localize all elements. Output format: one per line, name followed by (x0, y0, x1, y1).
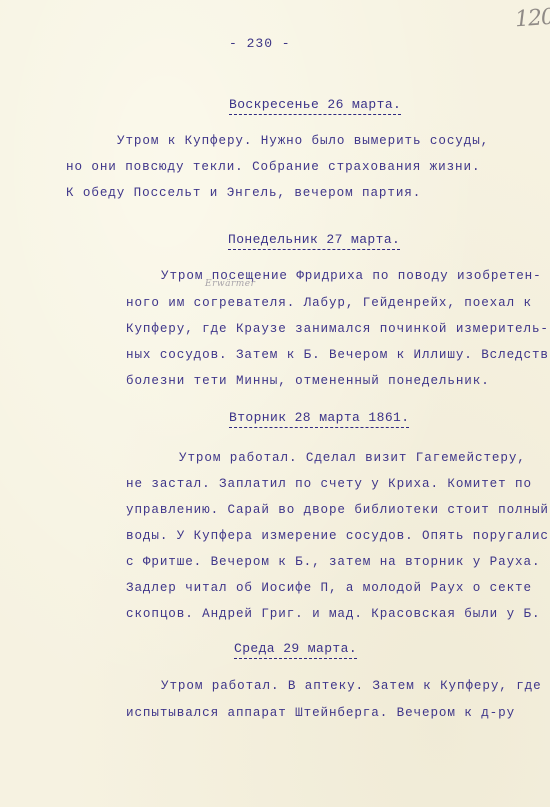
entry-heading-text: Среда 29 марта. (234, 641, 357, 656)
text-line: управлению. Сарай во дворе библиотеки ст… (126, 503, 549, 517)
text-line: К обеду Поссельт и Энгель, вечером парти… (66, 186, 421, 200)
text-line: Утром работал. Сделал визит Гагемейстеру… (179, 451, 526, 465)
text-line: скопцов. Андрей Григ. и мад. Красовская … (126, 607, 540, 621)
heading-dashed-underline (228, 249, 400, 250)
text-line: Утром посещение Фридриха по поводу изобр… (161, 269, 542, 283)
text-line: Утром работал. В аптеку. Затем к Купферу… (161, 679, 542, 693)
text-line: болезни тети Минны, отмененный понедельн… (126, 374, 490, 388)
text-line: ных сосудов. Затем к Б. Вечером к Иллишу… (126, 348, 550, 362)
text-line: с Фритше. Вечером к Б., затем на вторник… (126, 555, 540, 569)
entry-heading-monday: Понедельник 27 марта. (228, 232, 400, 250)
entry-heading-wednesday: Среда 29 марта. (234, 641, 357, 659)
heading-dashed-underline (234, 658, 357, 659)
entry-heading-text: Понедельник 27 марта. (228, 232, 400, 247)
entry-heading-text: Воскресенье 26 марта. (229, 97, 401, 112)
text-line: ного им согревателя. Лабур, Гейденрейх, … (126, 296, 532, 310)
handwritten-folio-number: 120 (514, 5, 550, 33)
text-line: Задлер читал об Иосифе П, а молодой Раух… (126, 581, 532, 595)
text-line: Купферу, где Краузе занимался починкой и… (126, 322, 549, 336)
text-line: воды. У Купфера измерение сосудов. Опять… (126, 529, 550, 543)
typewritten-diary-page: 120 - 230 - Воскресенье 26 марта. Утром … (0, 0, 550, 807)
entry-heading-text: Вторник 28 марта 1861. (229, 410, 409, 425)
text-line: испытывался аппарат Штейнберга. Вечером … (126, 706, 515, 720)
heading-dashed-underline (229, 427, 409, 428)
text-line: не застал. Заплатил по счету у Криха. Ко… (126, 477, 532, 491)
heading-dashed-underline (229, 114, 401, 115)
entry-heading-tuesday: Вторник 28 марта 1861. (229, 410, 409, 428)
text-line: но они повсюду текли. Собрание страхован… (66, 160, 480, 174)
text-line: Утром к Купферу. Нужно было вымерить сос… (117, 134, 489, 148)
page-number: - 230 - (229, 36, 291, 51)
entry-heading-sunday: Воскресенье 26 марта. (229, 97, 401, 115)
